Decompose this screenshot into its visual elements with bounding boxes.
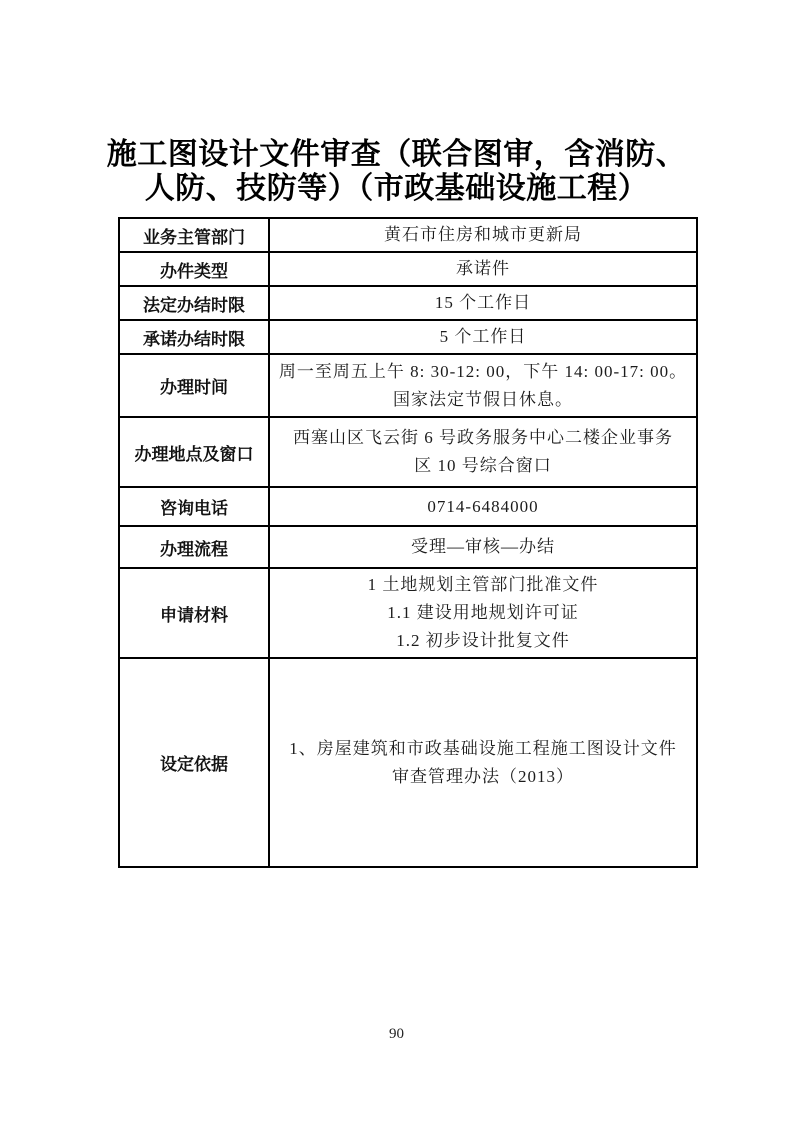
row-value: 承诺件 [269,252,697,286]
row-label: 设定依据 [119,658,269,867]
row-value-line: 0714-6484000 [274,493,692,521]
row-label: 申请材料 [119,568,269,658]
row-value-line: 审查管理办法（2013） [274,763,692,791]
row-value: 西塞山区飞云街 6 号政务服务中心二楼企业事务区 10 号综合窗口 [269,417,697,487]
row-value: 1、房屋建筑和市政基础设施工程施工图设计文件审查管理办法（2013） [269,658,697,867]
row-value: 黄石市住房和城市更新局 [269,218,697,252]
row-label: 办件类型 [119,252,269,286]
row-label: 承诺办结时限 [119,320,269,354]
row-value-line: 黄石市住房和城市更新局 [274,221,692,249]
row-label: 业务主管部门 [119,218,269,252]
row-value: 0714-6484000 [269,487,697,526]
row-label: 咨询电话 [119,487,269,526]
row-value-line: 区 10 号综合窗口 [274,452,692,480]
row-value: 15 个工作日 [269,286,697,320]
row-value-line: 承诺件 [274,255,692,283]
row-value-line: 1.1 建设用地规划许可证 [274,599,692,627]
service-info-table: 业务主管部门黄石市住房和城市更新局办件类型承诺件法定办结时限15 个工作日承诺办… [118,217,698,868]
row-value-line: 5 个工作日 [274,323,692,351]
table-row: 业务主管部门黄石市住房和城市更新局 [119,218,697,252]
page-title-line-2: 人防、技防等）（市政基础设施工程） [60,172,733,206]
row-value: 受理—审核—办结 [269,526,697,568]
row-label: 办理地点及窗口 [119,417,269,487]
row-value-line: 15 个工作日 [274,289,692,317]
table-row: 办理时间周一至周五上午 8: 30-12: 00，下午 14: 00-17: 0… [119,354,697,417]
row-label: 法定办结时限 [119,286,269,320]
row-value-line: 1 土地规划主管部门批准文件 [274,571,692,599]
table-row: 申请材料1 土地规划主管部门批准文件1.1 建设用地规划许可证1.2 初步设计批… [119,568,697,658]
table-row: 办理流程受理—审核—办结 [119,526,697,568]
row-value-line: 受理—审核—办结 [274,533,692,561]
row-label: 办理流程 [119,526,269,568]
row-value-line: 1、房屋建筑和市政基础设施工程施工图设计文件 [274,735,692,763]
row-value: 5 个工作日 [269,320,697,354]
table-row: 办件类型承诺件 [119,252,697,286]
row-label: 办理时间 [119,354,269,417]
table-row: 法定办结时限15 个工作日 [119,286,697,320]
table-row: 承诺办结时限5 个工作日 [119,320,697,354]
table-row: 设定依据1、房屋建筑和市政基础设施工程施工图设计文件审查管理办法（2013） [119,658,697,867]
row-value: 1 土地规划主管部门批准文件1.1 建设用地规划许可证1.2 初步设计批复文件 [269,568,697,658]
page-title-line-1: 施工图设计文件审查（联合图审，含消防、 [60,138,733,172]
table-row: 办理地点及窗口西塞山区飞云街 6 号政务服务中心二楼企业事务区 10 号综合窗口 [119,417,697,487]
page-title: 施工图设计文件审查（联合图审，含消防、 人防、技防等）（市政基础设施工程） [60,138,733,206]
row-value-line: 国家法定节假日休息。 [274,386,692,414]
table-row: 咨询电话0714-6484000 [119,487,697,526]
row-value-line: 周一至周五上午 8: 30-12: 00，下午 14: 00-17: 00。 [274,358,692,386]
row-value: 周一至周五上午 8: 30-12: 00，下午 14: 00-17: 00。国家… [269,354,697,417]
row-value-line: 西塞山区飞云街 6 号政务服务中心二楼企业事务 [274,424,692,452]
page-number: 90 [0,1026,793,1043]
row-value-line: 1.2 初步设计批复文件 [274,627,692,655]
